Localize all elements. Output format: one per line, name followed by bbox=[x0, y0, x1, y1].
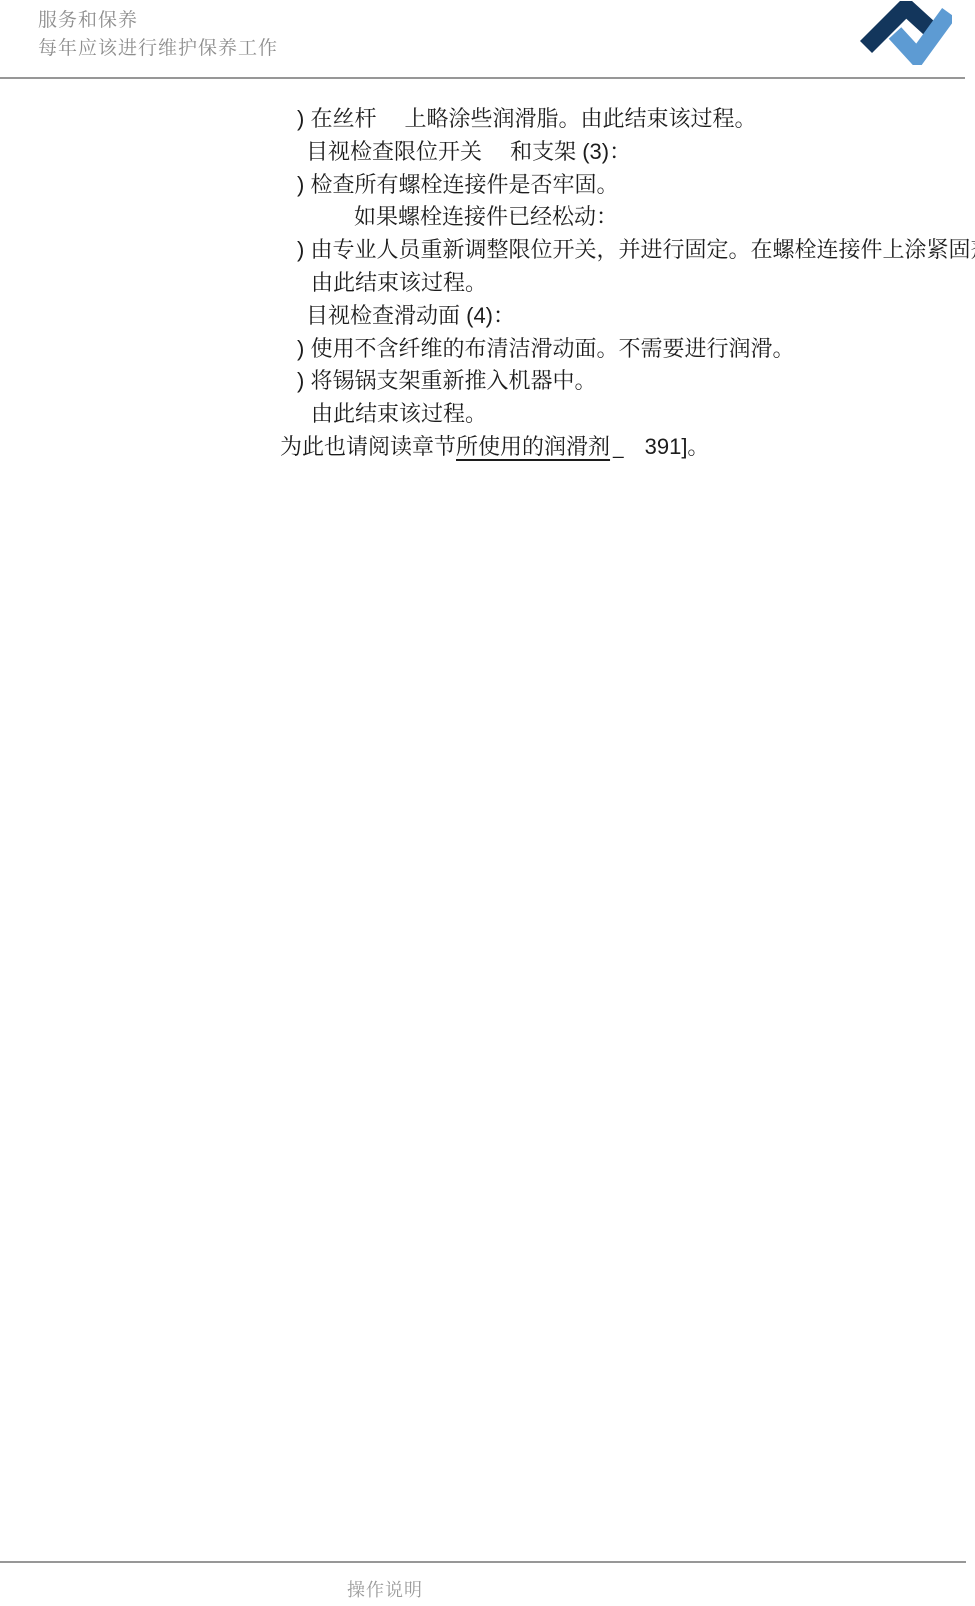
instruction-line: ) 检查所有螺栓连接件是否牢固。 bbox=[297, 169, 975, 202]
lubricants-chapter-link[interactable]: 所使用的润滑剂 bbox=[456, 434, 610, 459]
reference-prefix: 为此也请阅读章节 bbox=[280, 434, 456, 459]
instruction-line: ) 将锡锅支架重新推入机器中。 bbox=[297, 365, 975, 398]
instruction-line: ) 在丝杆 上略涂些润滑脂。由此结束该过程。 bbox=[297, 103, 975, 136]
header-section-title: 每年应该进行维护保养工作 bbox=[38, 37, 278, 61]
instruction-line: ) 使用不含纤维的布清洁滑动面。不需要进行润滑。 bbox=[297, 333, 975, 366]
brand-logo-icon bbox=[860, 1, 952, 65]
footer-divider bbox=[0, 1561, 966, 1563]
manual-page: 服务和保养 每年应该进行维护保养工作 ) 在丝杆 上略涂些润滑脂。由此结束该过程… bbox=[0, 0, 975, 1606]
instructions-block: ) 在丝杆 上略涂些润滑脂。由此结束该过程。目视检查限位开关 和支架 (3)：)… bbox=[0, 103, 975, 466]
footer-document-type: 操作说明 bbox=[347, 1579, 423, 1601]
reference-page-number: 391]。 bbox=[645, 434, 710, 459]
instruction-line: 目视检查限位开关 和支架 (3)： bbox=[306, 136, 975, 169]
body-lines: ) 在丝杆 上略涂些润滑脂。由此结束该过程。目视检查限位开关 和支架 (3)：)… bbox=[0, 103, 975, 431]
instruction-line: 如果螺栓连接件已经松动： bbox=[354, 201, 975, 234]
reference-line: 为此也请阅读章节所使用的润滑剂_391]。 bbox=[280, 431, 975, 466]
instruction-line: 由此结束该过程。 bbox=[311, 267, 975, 300]
header-divider bbox=[0, 77, 965, 79]
reference-underscore-mark: _ bbox=[613, 438, 624, 459]
instruction-line: ) 由专业人员重新调整限位开关，并进行固定。在螺栓连接件上涂紧固剂！ bbox=[297, 234, 975, 267]
instruction-line: 由此结束该过程。 bbox=[311, 398, 975, 431]
instruction-line: 目视检查滑动面 (4)： bbox=[306, 300, 975, 333]
header-chapter-title: 服务和保养 bbox=[38, 9, 138, 33]
